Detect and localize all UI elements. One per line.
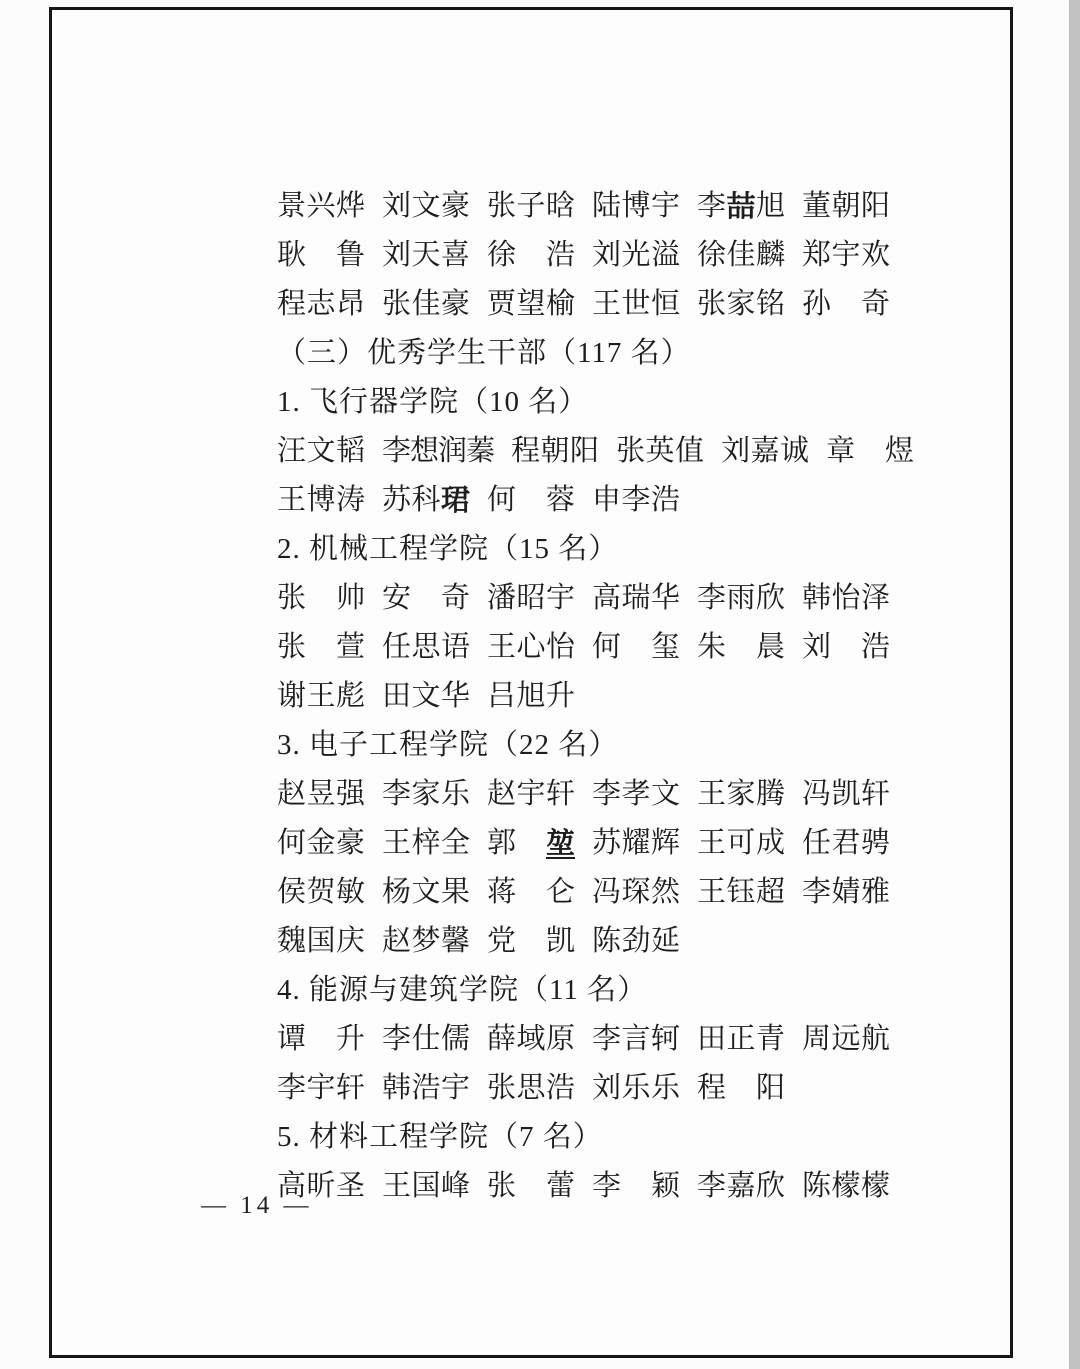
name-row: 侯贺敏杨文果蒋仑冯琛然王钰超李婧雅: [277, 877, 917, 907]
character: 苏: [592, 828, 621, 858]
student-name: 安奇: [382, 583, 470, 613]
student-name: 韩怡泽: [802, 583, 890, 613]
student-name: 刘文豪: [382, 191, 470, 221]
character: 昂: [336, 289, 365, 319]
character: 浩: [546, 1073, 575, 1103]
character: 雅: [861, 877, 890, 907]
character: 檬: [831, 1171, 860, 1201]
character: 韩: [382, 1073, 411, 1103]
character: 家: [726, 289, 755, 319]
student-name: 赵昱强: [277, 779, 365, 809]
character: 英: [646, 436, 675, 466]
character: 天: [411, 240, 440, 270]
student-name: 王梓全: [382, 828, 470, 858]
student-name: 王国峰: [382, 1171, 470, 1201]
character: 然: [651, 877, 680, 907]
character: 刘: [382, 191, 411, 221]
character: 劲: [621, 926, 650, 956]
character: 嘉: [726, 1171, 755, 1201]
student-name: 吕旭升: [487, 681, 575, 711]
student-name: 王心怡: [487, 632, 575, 662]
character: 阳: [756, 1073, 785, 1103]
name-row: 王博涛苏科珺何蓉申李浩: [277, 485, 917, 515]
character: 科: [411, 485, 440, 515]
character: 博: [306, 485, 335, 515]
student-name: 任君骋: [802, 828, 890, 858]
student-name: 任思语: [382, 632, 470, 662]
character: 远: [831, 1024, 860, 1054]
character: 光: [621, 240, 650, 270]
character: 程: [511, 436, 540, 466]
character: 萱: [336, 632, 365, 662]
character: 家: [411, 779, 440, 809]
character: 王: [306, 681, 335, 711]
character: 程: [277, 289, 306, 319]
name-row: 张萱任思语王心怡何玺朱晨刘浩: [277, 632, 917, 662]
student-name: 刘天喜: [382, 240, 470, 270]
character: 安: [382, 583, 411, 613]
student-name: 程朝阳: [511, 436, 599, 466]
character: 轩: [546, 779, 575, 809]
subsection-title: 3. 电子工程学院（22 名）: [277, 730, 917, 760]
character: 李: [382, 779, 411, 809]
character: 张: [487, 191, 516, 221]
student-name: 张蕾: [487, 1171, 575, 1201]
student-name: 何金豪: [277, 828, 365, 858]
student-name: 田正青: [697, 1024, 785, 1054]
student-name: 陈劲延: [592, 926, 680, 956]
student-name: 董朝阳: [802, 191, 890, 221]
character: 谢: [277, 681, 306, 711]
character: 张: [382, 289, 411, 319]
character: 苏: [382, 485, 411, 515]
character: 骋: [861, 828, 890, 858]
character: 可: [726, 828, 755, 858]
character: 刘: [592, 240, 621, 270]
character: 果: [441, 877, 470, 907]
character: 朝: [541, 436, 570, 466]
student-name: 耿鲁: [277, 240, 365, 270]
character: 奇: [861, 289, 890, 319]
student-name: 李孝文: [592, 779, 680, 809]
character: 辉: [651, 828, 680, 858]
character: 李: [697, 1171, 726, 1201]
character: 张: [487, 1171, 516, 1201]
character: 怡: [831, 583, 860, 613]
scan-edge-shadow: [1069, 0, 1080, 1369]
character: 魏: [277, 926, 306, 956]
student-name: 郑宇欢: [802, 240, 890, 270]
character: 王: [277, 485, 306, 515]
character: 晗: [546, 191, 575, 221]
character: 梦: [411, 926, 440, 956]
character: 阳: [570, 436, 599, 466]
student-name: 谢王彪: [277, 681, 365, 711]
character: 峰: [441, 1171, 470, 1201]
character: 田: [382, 681, 411, 711]
character: 李: [592, 1171, 621, 1201]
student-name: 张子晗: [487, 191, 575, 221]
character: 吕: [487, 681, 516, 711]
student-name: 陈檬檬: [802, 1171, 890, 1201]
character: 檬: [861, 1171, 890, 1201]
character: 李: [802, 877, 831, 907]
name-row: 张帅安奇潘昭宇高瑞华李雨欣韩怡泽: [277, 583, 917, 613]
student-name: 李家乐: [382, 779, 470, 809]
character: 琛: [621, 877, 650, 907]
character: 张: [697, 289, 726, 319]
character: 刘: [721, 436, 750, 466]
character: 超: [756, 877, 785, 907]
student-name: 李宇轩: [277, 1073, 365, 1103]
student-name: 章煜: [826, 436, 914, 466]
name-row: 李宇轩韩浩宇张思浩刘乐乐程阳: [277, 1073, 917, 1103]
student-name: 党凯: [487, 926, 575, 956]
character: 宇: [831, 240, 860, 270]
character: 蓉: [546, 485, 575, 515]
student-name: 王世恒: [592, 289, 680, 319]
character: 轩: [336, 1073, 365, 1103]
character: 高: [592, 583, 621, 613]
character: 世: [621, 289, 650, 319]
student-name: 田文华: [382, 681, 470, 711]
character: 原: [546, 1024, 575, 1054]
character: 刘: [802, 632, 831, 662]
character: 敏: [336, 877, 365, 907]
name-row: 程志昂张佳豪贾望榆王世恒张家铭孙奇: [277, 289, 917, 319]
character: 华: [651, 583, 680, 613]
character: 赵: [487, 779, 516, 809]
page-number: — 14 —: [201, 1192, 313, 1220]
character: 心: [516, 632, 545, 662]
character: 董: [802, 191, 831, 221]
character: 王: [592, 289, 621, 319]
character: 兴: [306, 191, 335, 221]
student-name: 赵宇轩: [487, 779, 575, 809]
character: 乐: [441, 779, 470, 809]
character: 宇: [651, 191, 680, 221]
character: 申: [592, 485, 621, 515]
student-name: 苏科珺: [382, 485, 470, 515]
continuation-name-grid: 景兴烨刘文豪张子晗陆博宇李喆旭董朝阳耿鲁刘天喜徐浩刘光溢徐佳麟郑宇欢程志昂张佳豪…: [277, 191, 917, 319]
character: 耿: [277, 240, 306, 270]
character: 升: [546, 681, 575, 711]
character: 浩: [411, 1073, 440, 1103]
character: 豪: [441, 191, 470, 221]
character: 圣: [336, 1171, 365, 1201]
character: 昭: [516, 583, 545, 613]
character: 颖: [651, 1171, 680, 1201]
student-name: 谭升: [277, 1024, 365, 1054]
student-name: 侯贺敏: [277, 877, 365, 907]
student-name: 蒋仑: [487, 877, 575, 907]
character: 豪: [441, 289, 470, 319]
character: 张: [487, 1073, 516, 1103]
name-row: 谢王彪田文华吕旭升: [277, 681, 917, 711]
character: 孝: [621, 779, 650, 809]
character: 刘: [382, 240, 411, 270]
student-name: 周远航: [802, 1024, 890, 1054]
student-name: 陆博宇: [592, 191, 680, 221]
student-name: 韩浩宇: [382, 1073, 470, 1103]
character: 昱: [306, 779, 335, 809]
character: 李: [621, 485, 650, 515]
character: 升: [336, 1024, 365, 1054]
character: 国: [411, 1171, 440, 1201]
subsection-title: 5. 材料工程学院（7 名）: [277, 1122, 917, 1152]
name-row: 魏国庆赵梦馨党凯陈劲延: [277, 926, 917, 956]
character: 儒: [441, 1024, 470, 1054]
character: 薛: [487, 1024, 516, 1054]
name-row: 赵昱强李家乐赵宇轩李孝文王家腾冯凯轩: [277, 779, 917, 809]
student-name: 魏国庆: [277, 926, 365, 956]
character: 张: [616, 436, 645, 466]
character: 王: [697, 779, 726, 809]
student-name: 冯凯轩: [802, 779, 890, 809]
character: 贾: [487, 289, 516, 319]
character: 腾: [756, 779, 785, 809]
character: 赵: [382, 926, 411, 956]
character: 喜: [441, 240, 470, 270]
name-row: 耿鲁刘天喜徐浩刘光溢徐佳麟郑宇欢: [277, 240, 917, 270]
character: 延: [651, 926, 680, 956]
character: 张: [277, 632, 306, 662]
student-name: 李喆旭: [697, 191, 785, 221]
name-row: 汪文韬李想润蓁程朝阳张英值刘嘉诚章煜: [277, 436, 917, 466]
section-heading: （三）优秀学生干部（117 名）: [277, 338, 917, 368]
character: 李: [592, 779, 621, 809]
character: 程: [697, 1073, 726, 1103]
character: 李: [277, 1073, 306, 1103]
character: 阳: [861, 191, 890, 221]
character: 成: [756, 828, 785, 858]
student-name: 李婧雅: [802, 877, 890, 907]
character: 潘: [487, 583, 516, 613]
character: 鲁: [336, 240, 365, 270]
character: 贺: [306, 877, 335, 907]
student-name: 刘乐乐: [592, 1073, 680, 1103]
character: 田: [697, 1024, 726, 1054]
character: 润: [438, 436, 466, 466]
character: 家: [726, 779, 755, 809]
character: 李: [382, 1024, 411, 1054]
character: 烨: [336, 191, 365, 221]
student-name: 冯琛然: [592, 877, 680, 907]
character: 言: [621, 1024, 650, 1054]
character: 宇: [441, 1073, 470, 1103]
character: 欢: [861, 240, 890, 270]
student-name: 张英值: [616, 436, 704, 466]
character: 侯: [277, 877, 306, 907]
character: 金: [306, 828, 335, 858]
student-name: 李颖: [592, 1171, 680, 1201]
name-row: 何金豪王梓全郭堃苏耀辉王可成任君骋: [277, 828, 917, 858]
character: 帅: [336, 583, 365, 613]
student-name: 郭堃: [487, 828, 575, 858]
character: 想: [410, 436, 438, 466]
character: 浩: [546, 240, 575, 270]
student-name: 王钰超: [697, 877, 785, 907]
character: 文: [411, 877, 440, 907]
character: 乐: [621, 1073, 650, 1103]
student-name: 张帅: [277, 583, 365, 613]
character: 君: [831, 828, 860, 858]
character: 耀: [621, 828, 650, 858]
character: 陆: [592, 191, 621, 221]
student-name: 李雨欣: [697, 583, 785, 613]
page-frame: 景兴烨刘文豪张子晗陆博宇李喆旭董朝阳耿鲁刘天喜徐浩刘光溢徐佳麟郑宇欢程志昂张佳豪…: [49, 7, 1013, 1358]
student-name: 王可成: [697, 828, 785, 858]
character: 溢: [651, 240, 680, 270]
character: 徐: [487, 240, 516, 270]
character: 韬: [336, 436, 365, 466]
character: 煜: [885, 436, 914, 466]
subsections-container: 1. 飞行器学院（10 名）汪文韬李想润蓁程朝阳张英值刘嘉诚章煜王博涛苏科珺何蓉…: [277, 387, 917, 1201]
character: 韩: [802, 583, 831, 613]
character: 志: [306, 289, 335, 319]
student-name: 刘光溢: [592, 240, 680, 270]
character: 涛: [336, 485, 365, 515]
character: 孙: [802, 289, 831, 319]
student-name: 申李浩: [592, 485, 680, 515]
name-row: 高昕圣王国峰张蕾李颖李嘉欣陈檬檬: [277, 1171, 917, 1201]
character: 王: [382, 828, 411, 858]
student-name: 刘浩: [802, 632, 890, 662]
character: 馨: [441, 926, 470, 956]
character: 恒: [651, 289, 680, 319]
student-name: 程志昂: [277, 289, 365, 319]
character: 雨: [726, 583, 755, 613]
character: 何: [592, 632, 621, 662]
character: 旭: [516, 681, 545, 711]
character: 青: [756, 1024, 785, 1054]
character: 任: [802, 828, 831, 858]
character: 宇: [546, 583, 575, 613]
character: 彪: [336, 681, 365, 711]
character: 何: [277, 828, 306, 858]
character: 陈: [592, 926, 621, 956]
student-name: 景兴烨: [277, 191, 365, 221]
student-name: 杨文果: [382, 877, 470, 907]
character: 欣: [756, 583, 785, 613]
character: 李: [697, 191, 726, 221]
character: 航: [861, 1024, 890, 1054]
character: 汪: [277, 436, 306, 466]
character: 宇: [306, 1073, 335, 1103]
student-name: 薛域原: [487, 1024, 575, 1054]
character: 景: [277, 191, 306, 221]
character: 域: [516, 1024, 545, 1054]
character: 铭: [756, 289, 785, 319]
character: 婧: [831, 877, 860, 907]
character: 蒋: [487, 877, 516, 907]
character: 浩: [861, 632, 890, 662]
character: 文: [651, 779, 680, 809]
page-content: 景兴烨刘文豪张子晗陆博宇李喆旭董朝阳耿鲁刘天喜徐浩刘光溢徐佳麟郑宇欢程志昂张佳豪…: [277, 191, 917, 1220]
character: 佳: [411, 289, 440, 319]
student-name: 张家铭: [697, 289, 785, 319]
student-name: 李想润蓁: [382, 436, 494, 466]
character: 博: [621, 191, 650, 221]
character: 李: [592, 1024, 621, 1054]
student-name: 孙奇: [802, 289, 890, 319]
student-name: 徐佳麟: [697, 240, 785, 270]
character: 浩: [651, 485, 680, 515]
character: 徐: [697, 240, 726, 270]
character: 王: [382, 1171, 411, 1201]
character: 欣: [756, 1171, 785, 1201]
character: 晨: [756, 632, 785, 662]
character: 望: [516, 289, 545, 319]
name-row: 景兴烨刘文豪张子晗陆博宇李喆旭董朝阳: [277, 191, 917, 221]
student-name: 潘昭宇: [487, 583, 575, 613]
subsection-title: 1. 飞行器学院（10 名）: [277, 387, 917, 417]
character: 钰: [726, 877, 755, 907]
student-name: 汪文韬: [277, 436, 365, 466]
character: 华: [441, 681, 470, 711]
character: 乐: [651, 1073, 680, 1103]
character: 凯: [831, 779, 860, 809]
student-name: 程阳: [697, 1073, 785, 1103]
character: 文: [411, 191, 440, 221]
subsection-title: 4. 能源与建筑学院（11 名）: [277, 975, 917, 1005]
character: 郑: [802, 240, 831, 270]
emphasized-character: 喆: [726, 191, 755, 221]
character: 诚: [780, 436, 809, 466]
character: 嘉: [751, 436, 780, 466]
character: 值: [675, 436, 704, 466]
character: 轩: [861, 779, 890, 809]
character: 刘: [592, 1073, 621, 1103]
character: 冯: [592, 877, 621, 907]
character: 强: [336, 779, 365, 809]
character: 冯: [802, 779, 831, 809]
character: 思: [516, 1073, 545, 1103]
student-name: 王博涛: [277, 485, 365, 515]
character: 王: [697, 828, 726, 858]
character: 谭: [277, 1024, 306, 1054]
character: 怡: [546, 632, 575, 662]
student-name: 何玺: [592, 632, 680, 662]
character: 郭: [487, 828, 516, 858]
character: 仑: [546, 877, 575, 907]
character: 赵: [277, 779, 306, 809]
student-name: 苏耀辉: [592, 828, 680, 858]
student-name: 王家腾: [697, 779, 785, 809]
character: 轲: [651, 1024, 680, 1054]
student-name: 高瑞华: [592, 583, 680, 613]
character: 佳: [726, 240, 755, 270]
character: 周: [802, 1024, 831, 1054]
student-name: 徐浩: [487, 240, 575, 270]
character: 玺: [651, 632, 680, 662]
character: 麟: [756, 240, 785, 270]
character: 语: [441, 632, 470, 662]
character: 李: [382, 436, 410, 466]
character: 杨: [382, 877, 411, 907]
student-name: 张萱: [277, 632, 365, 662]
character: 王: [487, 632, 516, 662]
student-name: 何蓉: [487, 485, 575, 515]
character: 国: [306, 926, 335, 956]
student-name: 刘嘉诚: [721, 436, 809, 466]
character: 宇: [516, 779, 545, 809]
character: 文: [411, 681, 440, 711]
character: 庆: [336, 926, 365, 956]
character: 朝: [831, 191, 860, 221]
character: 梓: [411, 828, 440, 858]
student-name: 张佳豪: [382, 289, 470, 319]
